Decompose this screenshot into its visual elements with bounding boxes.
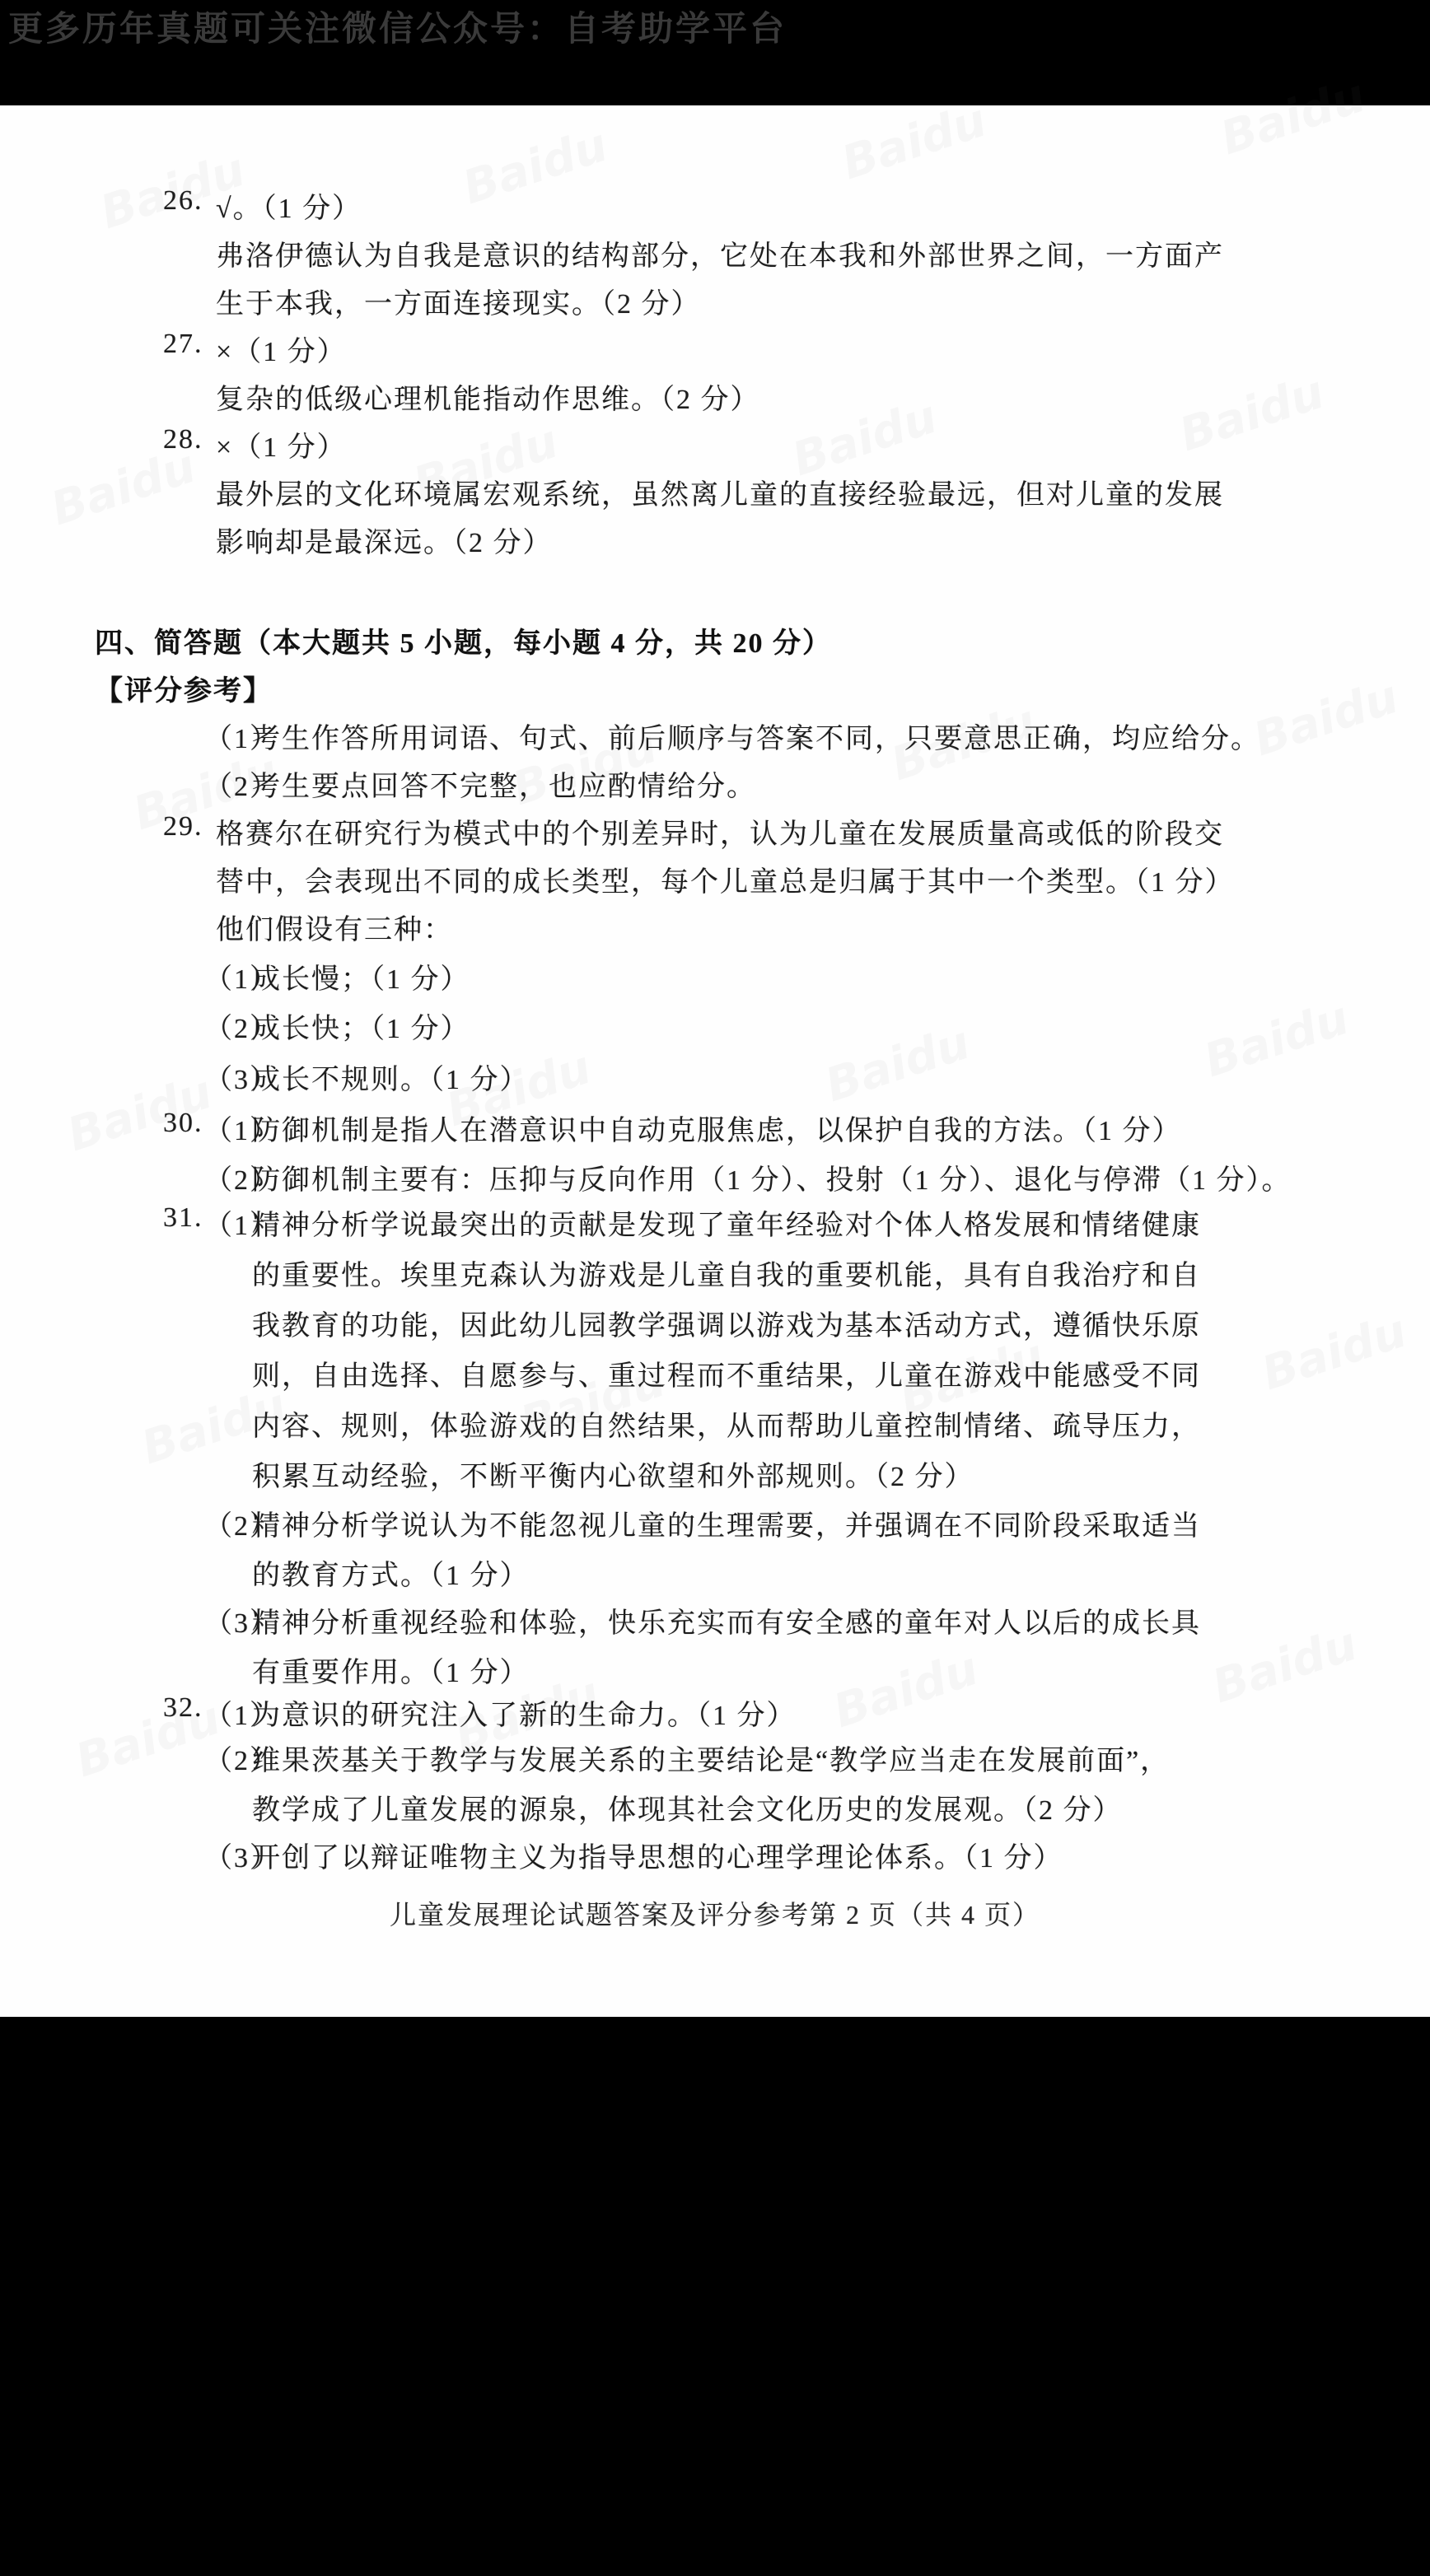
bottom-black-bar: [0, 2017, 1430, 2576]
page-footer-text: 儿童发展理论试题答案及评分参考第 2 页（共 4 页）: [390, 1900, 1040, 1930]
promo-banner-text: 更多历年真题可关注微信公众号：自考助学平台: [8, 2, 787, 51]
answer-sheet-page: [0, 105, 1430, 2017]
page-footer: 儿童发展理论试题答案及评分参考第 2 页（共 4 页）: [0, 1894, 1430, 1932]
promo-banner: 更多历年真题可关注微信公众号：自考助学平台: [0, 0, 1430, 105]
